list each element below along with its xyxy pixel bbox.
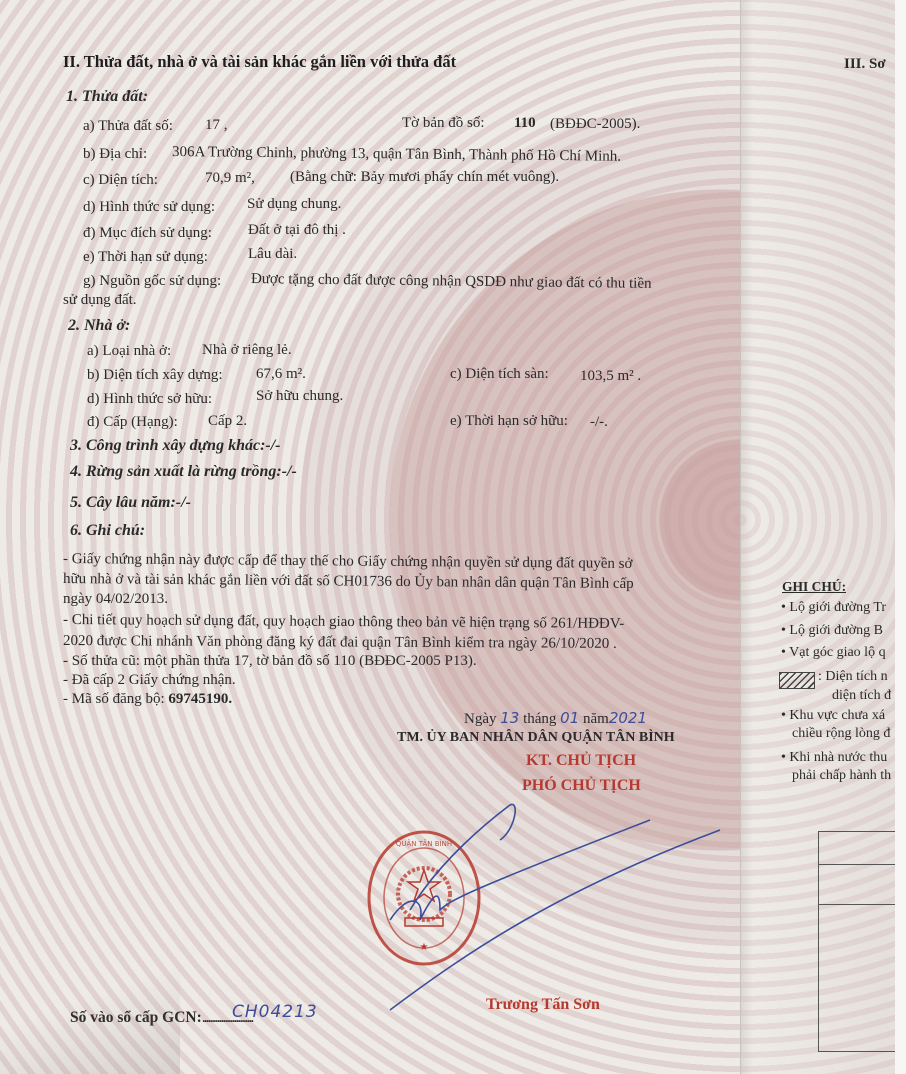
own-term-label: e) Thời hạn sở hữu: — [450, 413, 568, 430]
map-sheet-value: 110 — [514, 115, 536, 132]
origin-value-cont: sử dụng đất. — [63, 292, 137, 309]
hatch-legend-text-cont: diện tích đ — [832, 688, 893, 704]
notes-heading: 6. Ghi chú: — [70, 522, 145, 540]
area-value: 70,9 m², — [205, 170, 255, 187]
build-area-value: 67,6 m². — [256, 366, 306, 383]
note-line: ngày 04/02/2013. — [63, 591, 168, 608]
page-edge — [895, 0, 906, 1074]
note-line: 2020 được Chi nhánh Văn phòng đăng ký đấ… — [63, 633, 617, 653]
build-area-label: b) Diện tích xây dựng: — [87, 367, 223, 384]
right-note-item-cont: chiều rộng lòng đ — [792, 726, 893, 742]
use-form-value: Sử dụng chung. — [247, 196, 341, 213]
right-note-item: • Vạt góc giao lộ q — [781, 645, 893, 661]
issue-date: Ngày 13 tháng 01 năm2021 — [464, 709, 647, 728]
area-label: c) Diện tích: — [83, 172, 158, 189]
floor-area-value: 103,5 m² . — [580, 368, 641, 385]
kt-prefix: KT — [526, 752, 548, 769]
term-value: Lâu dài. — [248, 246, 297, 263]
term-label: e) Thời hạn sử dụng: — [83, 249, 208, 266]
issuing-authority: TM. ỦY BAN NHÂN DÂN QUẬN TÂN BÌNH — [397, 730, 675, 746]
right-section-title: III. Sơ — [844, 56, 886, 73]
vice-chairman-title: PHÓ CHỦ TỊCH — [522, 777, 641, 795]
map-sheet-label: Tờ bản đồ số: — [402, 115, 485, 132]
signature-icon — [380, 800, 740, 1020]
note-line: - Mã số đăng bộ: 69745190. — [63, 691, 232, 708]
registry-label: - Mã số đăng bộ: — [63, 691, 168, 707]
hatch-legend-text: : Diện tích n — [818, 669, 893, 685]
section-title: II. Thửa đất, nhà ở và tài sản khác gắn … — [63, 52, 456, 72]
note-line: - Giấy chứng nhận này được cấp để thay t… — [63, 551, 633, 573]
table-cell — [818, 904, 895, 1052]
origin-label: g) Nguồn gốc sử dụng: — [83, 273, 221, 290]
signer-name: Trương Tấn Sơn — [486, 996, 600, 1014]
gcn-register: Số vào sổ cấp GCN:......................… — [70, 1009, 252, 1027]
gcn-number: CH04213 — [232, 1002, 318, 1022]
date-prefix: Ngày — [464, 711, 497, 727]
house-heading: 2. Nhà ở: — [68, 317, 130, 335]
origin-value: Được tặng cho đất được công nhận QSDĐ nh… — [251, 271, 652, 293]
certificate-left-page: II. Thửa đất, nhà ở và tài sản khác gắn … — [0, 0, 740, 1074]
table-cell — [818, 831, 895, 865]
parcel-value: 17 , — [205, 117, 228, 134]
own-term-value: -/-. — [590, 414, 608, 431]
right-note-item: • Khi nhà nước thu — [781, 750, 893, 766]
perennial-trees: 5. Cây lâu năm:-/- — [70, 494, 191, 512]
note-line: - Đã cấp 2 Giấy chứng nhận. — [63, 672, 236, 689]
parcel-label: a) Thửa đất số: — [83, 118, 173, 135]
right-note-item: • Lộ giới đường Tr — [781, 600, 893, 616]
other-works: 3. Công trình xây dựng khác:-/- — [70, 437, 281, 455]
right-notes-heading: GHI CHÚ: — [782, 579, 846, 595]
ownership-value: Sở hữu chung. — [256, 388, 343, 405]
purpose-label: đ) Mục đích sử dụng: — [83, 225, 212, 242]
note-line: - Chi tiết quy hoạch sử dụng đất, quy ho… — [63, 612, 624, 633]
address-label: b) Địa chỉ: — [83, 146, 147, 163]
gcn-label: Số vào sổ cấp GCN: — [70, 1009, 202, 1026]
note-line: hữu nhà ở và tài sản khác gắn liền với đ… — [63, 571, 634, 593]
right-note-item: • Khu vực chưa xá — [781, 708, 893, 724]
date-month: 01 — [560, 709, 579, 727]
right-note-item-cont: phải chấp hành th — [792, 768, 893, 784]
land-heading: 1. Thửa đất: — [66, 88, 148, 106]
address-value: 306A Trường Chinh, phường 13, quận Tân B… — [172, 144, 621, 166]
house-type-label: a) Loại nhà ở: — [87, 343, 171, 360]
hatch-legend-icon — [779, 672, 815, 689]
use-form-label: d) Hình thức sử dụng: — [83, 199, 215, 216]
date-year: 2021 — [609, 709, 647, 727]
kt-chairman: . CHỦ TỊCH — [548, 752, 636, 769]
month-label: tháng — [523, 711, 556, 727]
purpose-value: Đất ở tại đô thị . — [248, 222, 346, 239]
ownership-label: d) Hình thức sở hữu: — [87, 391, 212, 408]
forest: 4. Rừng sản xuất là rừng trồng:-/- — [70, 463, 297, 481]
table-cell — [818, 864, 895, 905]
house-type-value: Nhà ở riêng lẻ. — [202, 342, 292, 359]
grade-value: Cấp 2. — [208, 413, 247, 430]
grade-label: đ) Cấp (Hạng): — [87, 414, 178, 431]
note-line: - Số thửa cũ: một phần thửa 17, tờ bản đ… — [63, 653, 477, 670]
floor-area-label: c) Diện tích sàn: — [450, 366, 549, 383]
kt-title: KT. CHỦ TỊCH — [526, 752, 636, 770]
registry-code: 69745190. — [168, 691, 232, 707]
date-day: 13 — [500, 709, 519, 727]
area-in-words: (Bằng chữ: Bảy mươi phẩy chín mét vuông)… — [290, 169, 559, 186]
right-note-item: • Lộ giới đường B — [781, 623, 893, 639]
map-sheet-suffix: (BĐĐC-2005). — [550, 116, 640, 133]
year-label: năm — [583, 711, 609, 727]
